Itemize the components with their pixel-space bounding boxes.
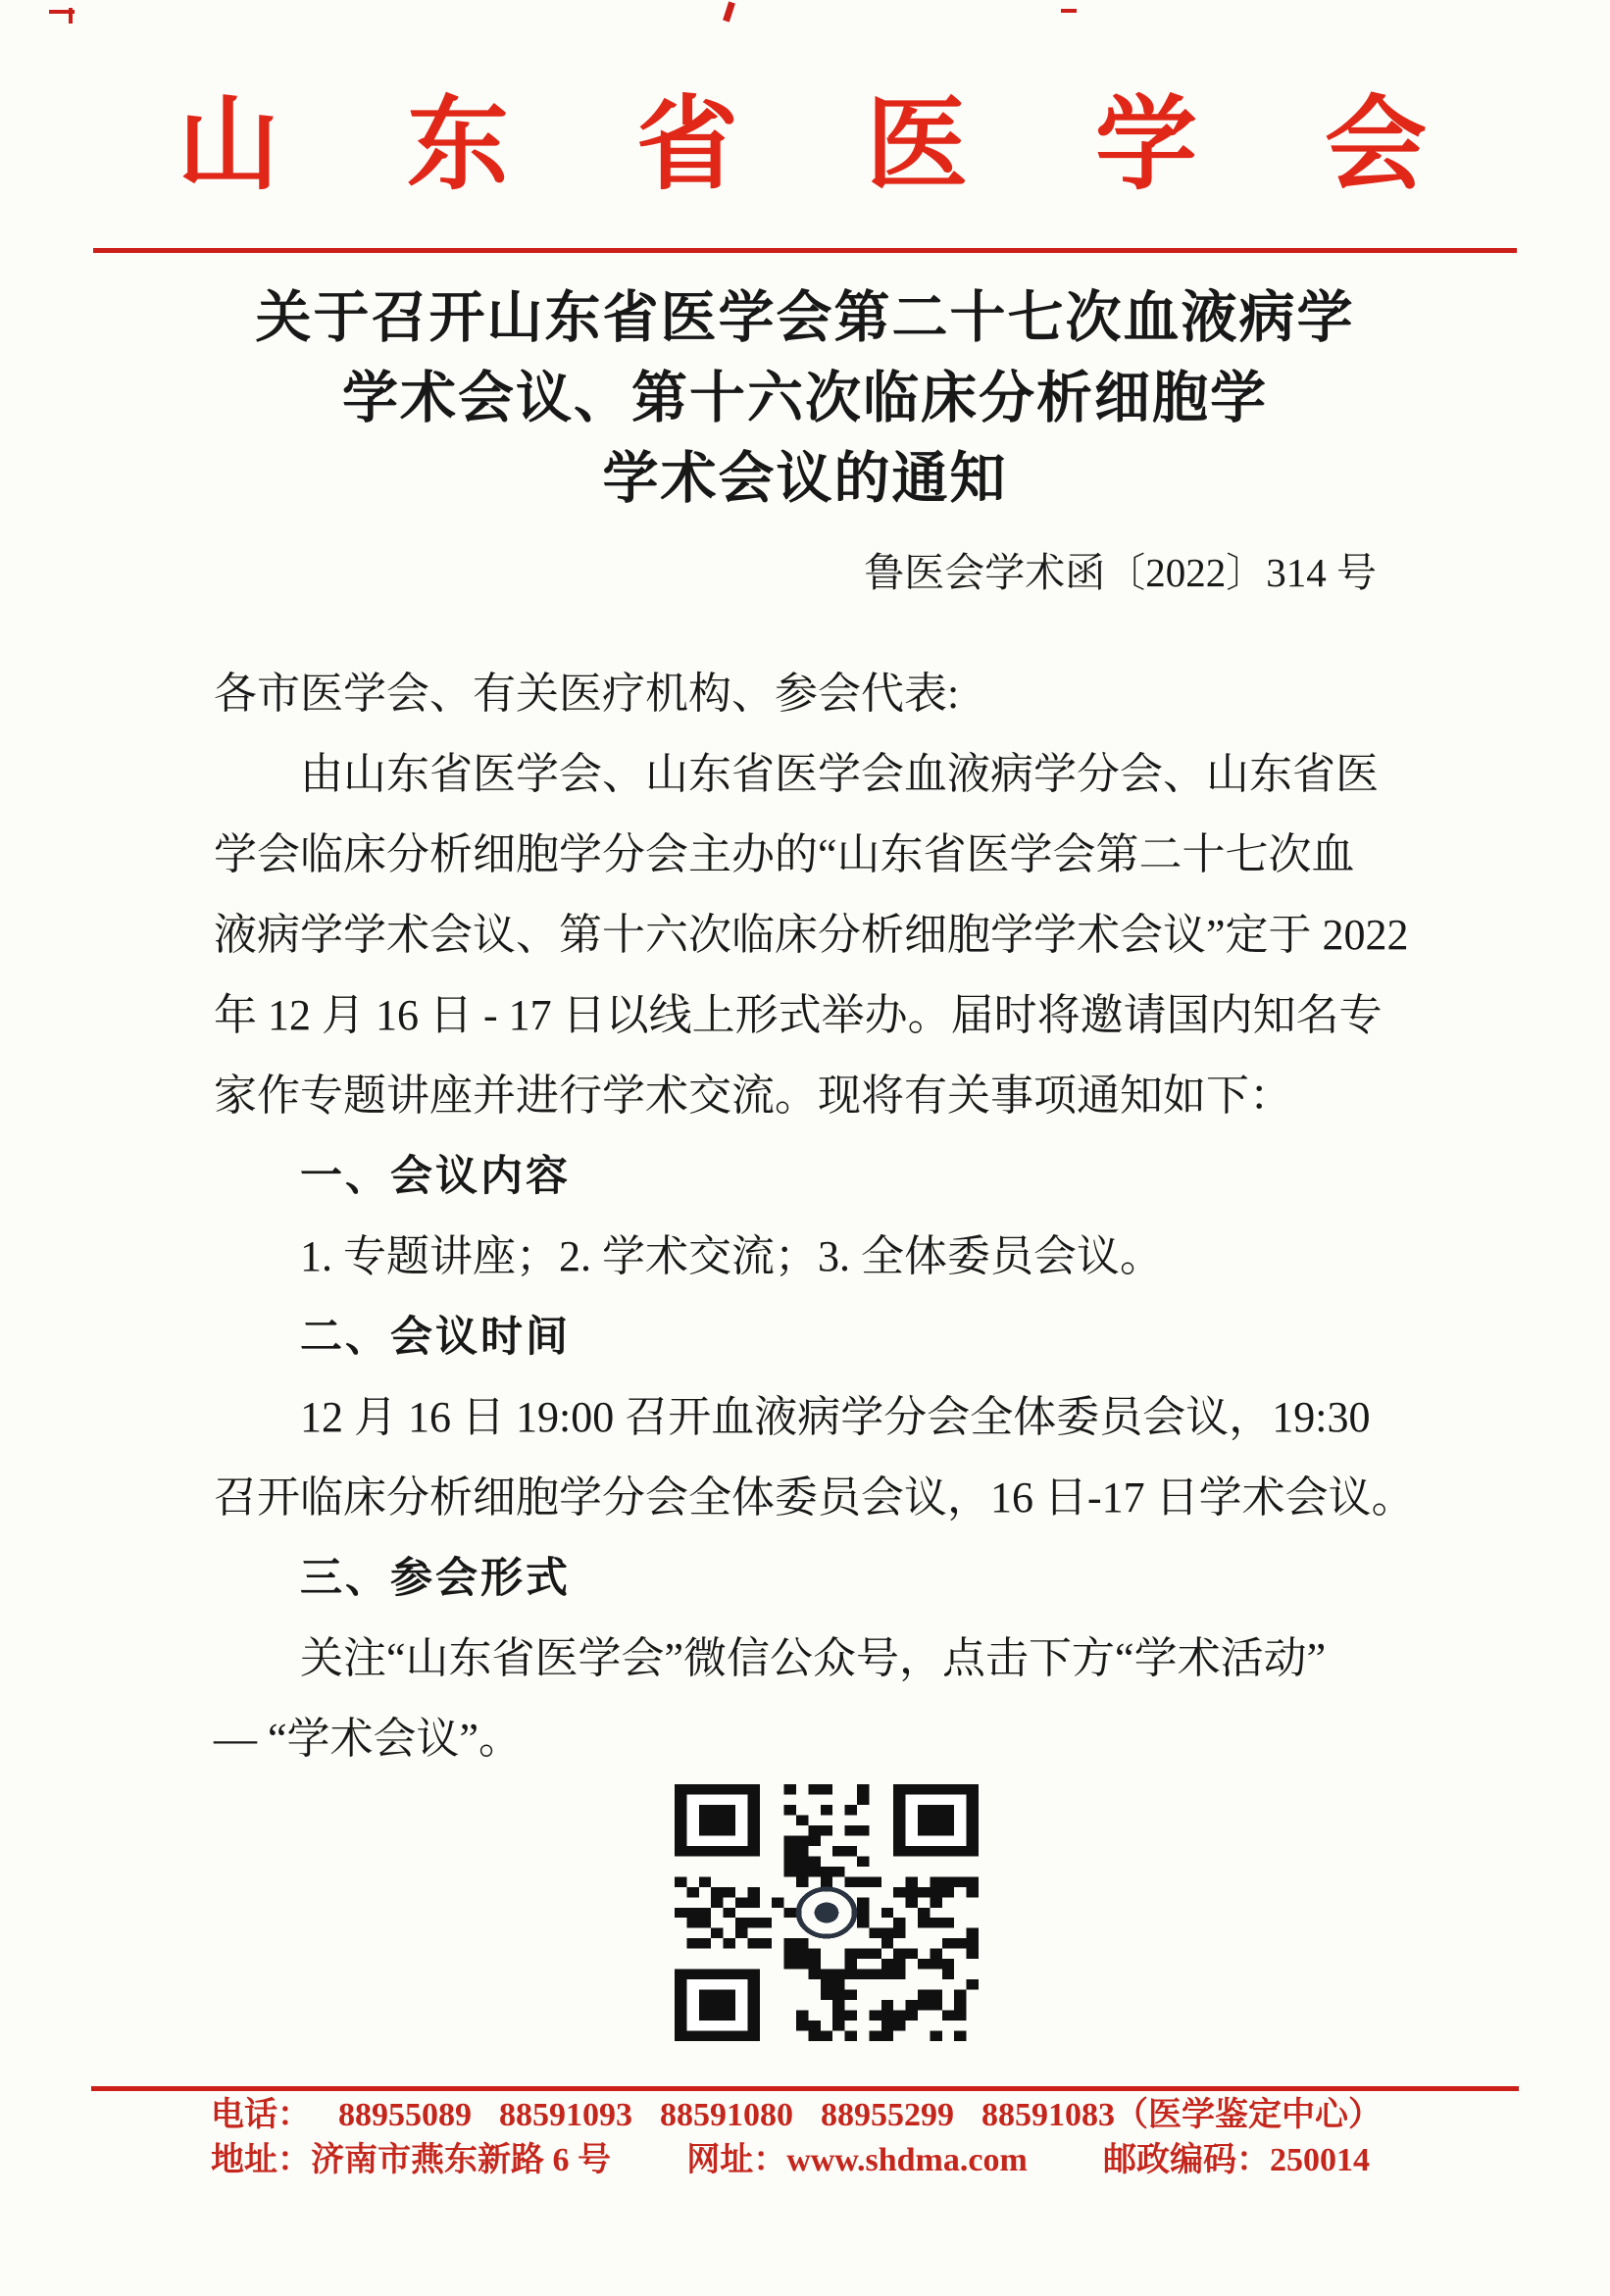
footer-phone-row: 电话： 88955089 88591093 88591080 88955299 … bbox=[0, 2091, 1610, 2135]
registration-mark bbox=[1061, 9, 1077, 13]
footer-postal-code: 邮政编码：250014 bbox=[1103, 2141, 1370, 2180]
paragraph-1-line-4: 年 12 月 16 日 - 17 日以线上形式举办。届时将邀请国内知名专 bbox=[214, 975, 1416, 1056]
footer-phone-5: 88591083（医学鉴定中心） bbox=[981, 2096, 1382, 2135]
section-1-items: 1. 专题讲座；2. 学术交流；3. 全体委员会议。 bbox=[214, 1217, 1416, 1297]
footer-phone-2: 88591093 bbox=[499, 2096, 632, 2135]
document-title-line-1: 关于召开山东省医学会第二十七次血液病学 bbox=[0, 278, 1610, 359]
document-body: 各市医学会、有关医疗机构、参会代表: 由山东省医学会、山东省医学会血液病学分会、… bbox=[0, 654, 1610, 1779]
section-3-heading: 三、参会形式 bbox=[214, 1538, 1416, 1619]
section-3-line-2: — “学术会议”。 bbox=[214, 1699, 1416, 1779]
footer: 电话： 88955089 88591093 88591080 88955299 … bbox=[0, 2086, 1610, 2180]
footer-phone-label: 电话： bbox=[211, 2096, 311, 2135]
footer-phone-3: 88591080 bbox=[660, 2096, 793, 2135]
salutation: 各市医学会、有关医疗机构、参会代表: bbox=[214, 654, 1416, 734]
paragraph-1-line-5: 家作专题讲座并进行学术交流。现将有关事项通知如下： bbox=[214, 1056, 1416, 1136]
registration-mark bbox=[69, 8, 73, 24]
footer-address: 地址：济南市燕东新路 6 号 bbox=[211, 2141, 611, 2180]
footer-phone-1: 88955089 bbox=[338, 2096, 472, 2135]
qr-code bbox=[675, 1784, 979, 2041]
organization-name: 山 东 省 医 学 会 bbox=[0, 0, 1610, 209]
document-title-line-2: 学术会议、第十六次临床分析细胞学 bbox=[0, 359, 1610, 439]
paragraph-1-line-1: 由山东省医学会、山东省医学会血液病学分会、山东省医 bbox=[214, 734, 1416, 815]
document-title-line-3: 学术会议的通知 bbox=[0, 439, 1610, 520]
section-2-line-2: 召开临床分析细胞学分会全体委员会议，16 日-17 日学术会议。 bbox=[214, 1458, 1416, 1538]
header-rule bbox=[93, 248, 1517, 253]
section-2-line-1: 12 月 16 日 19:00 召开血液病学分会全体委员会议，19:30 bbox=[214, 1377, 1416, 1458]
paragraph-1-line-2: 学会临床分析细胞学分会主办的“山东省医学会第二十七次血 bbox=[214, 815, 1416, 895]
footer-address-row: 地址：济南市燕东新路 6 号 网址：www.shdma.com 邮政编码：250… bbox=[0, 2135, 1610, 2180]
section-1-heading: 一、会议内容 bbox=[214, 1136, 1416, 1217]
document-title: 关于召开山东省医学会第二十七次血液病学 学术会议、第十六次临床分析细胞学 学术会… bbox=[0, 278, 1610, 520]
section-2-heading: 二、会议时间 bbox=[214, 1297, 1416, 1377]
section-3-line-1: 关注“山东省医学会”微信公众号，点击下方“学术活动” bbox=[214, 1619, 1416, 1699]
paragraph-1-line-3: 液病学学术会议、第十六次临床分析细胞学学术会议”定于 2022 bbox=[214, 895, 1416, 975]
footer-website: 网址：www.shdma.com bbox=[686, 2141, 1028, 2180]
document-page: 山 东 省 医 学 会 关于召开山东省医学会第二十七次血液病学 学术会议、第十六… bbox=[0, 0, 1610, 2296]
reference-number: 鲁医会学术函〔2022〕314 号 bbox=[0, 549, 1610, 597]
footer-phone-4: 88955299 bbox=[821, 2096, 954, 2135]
